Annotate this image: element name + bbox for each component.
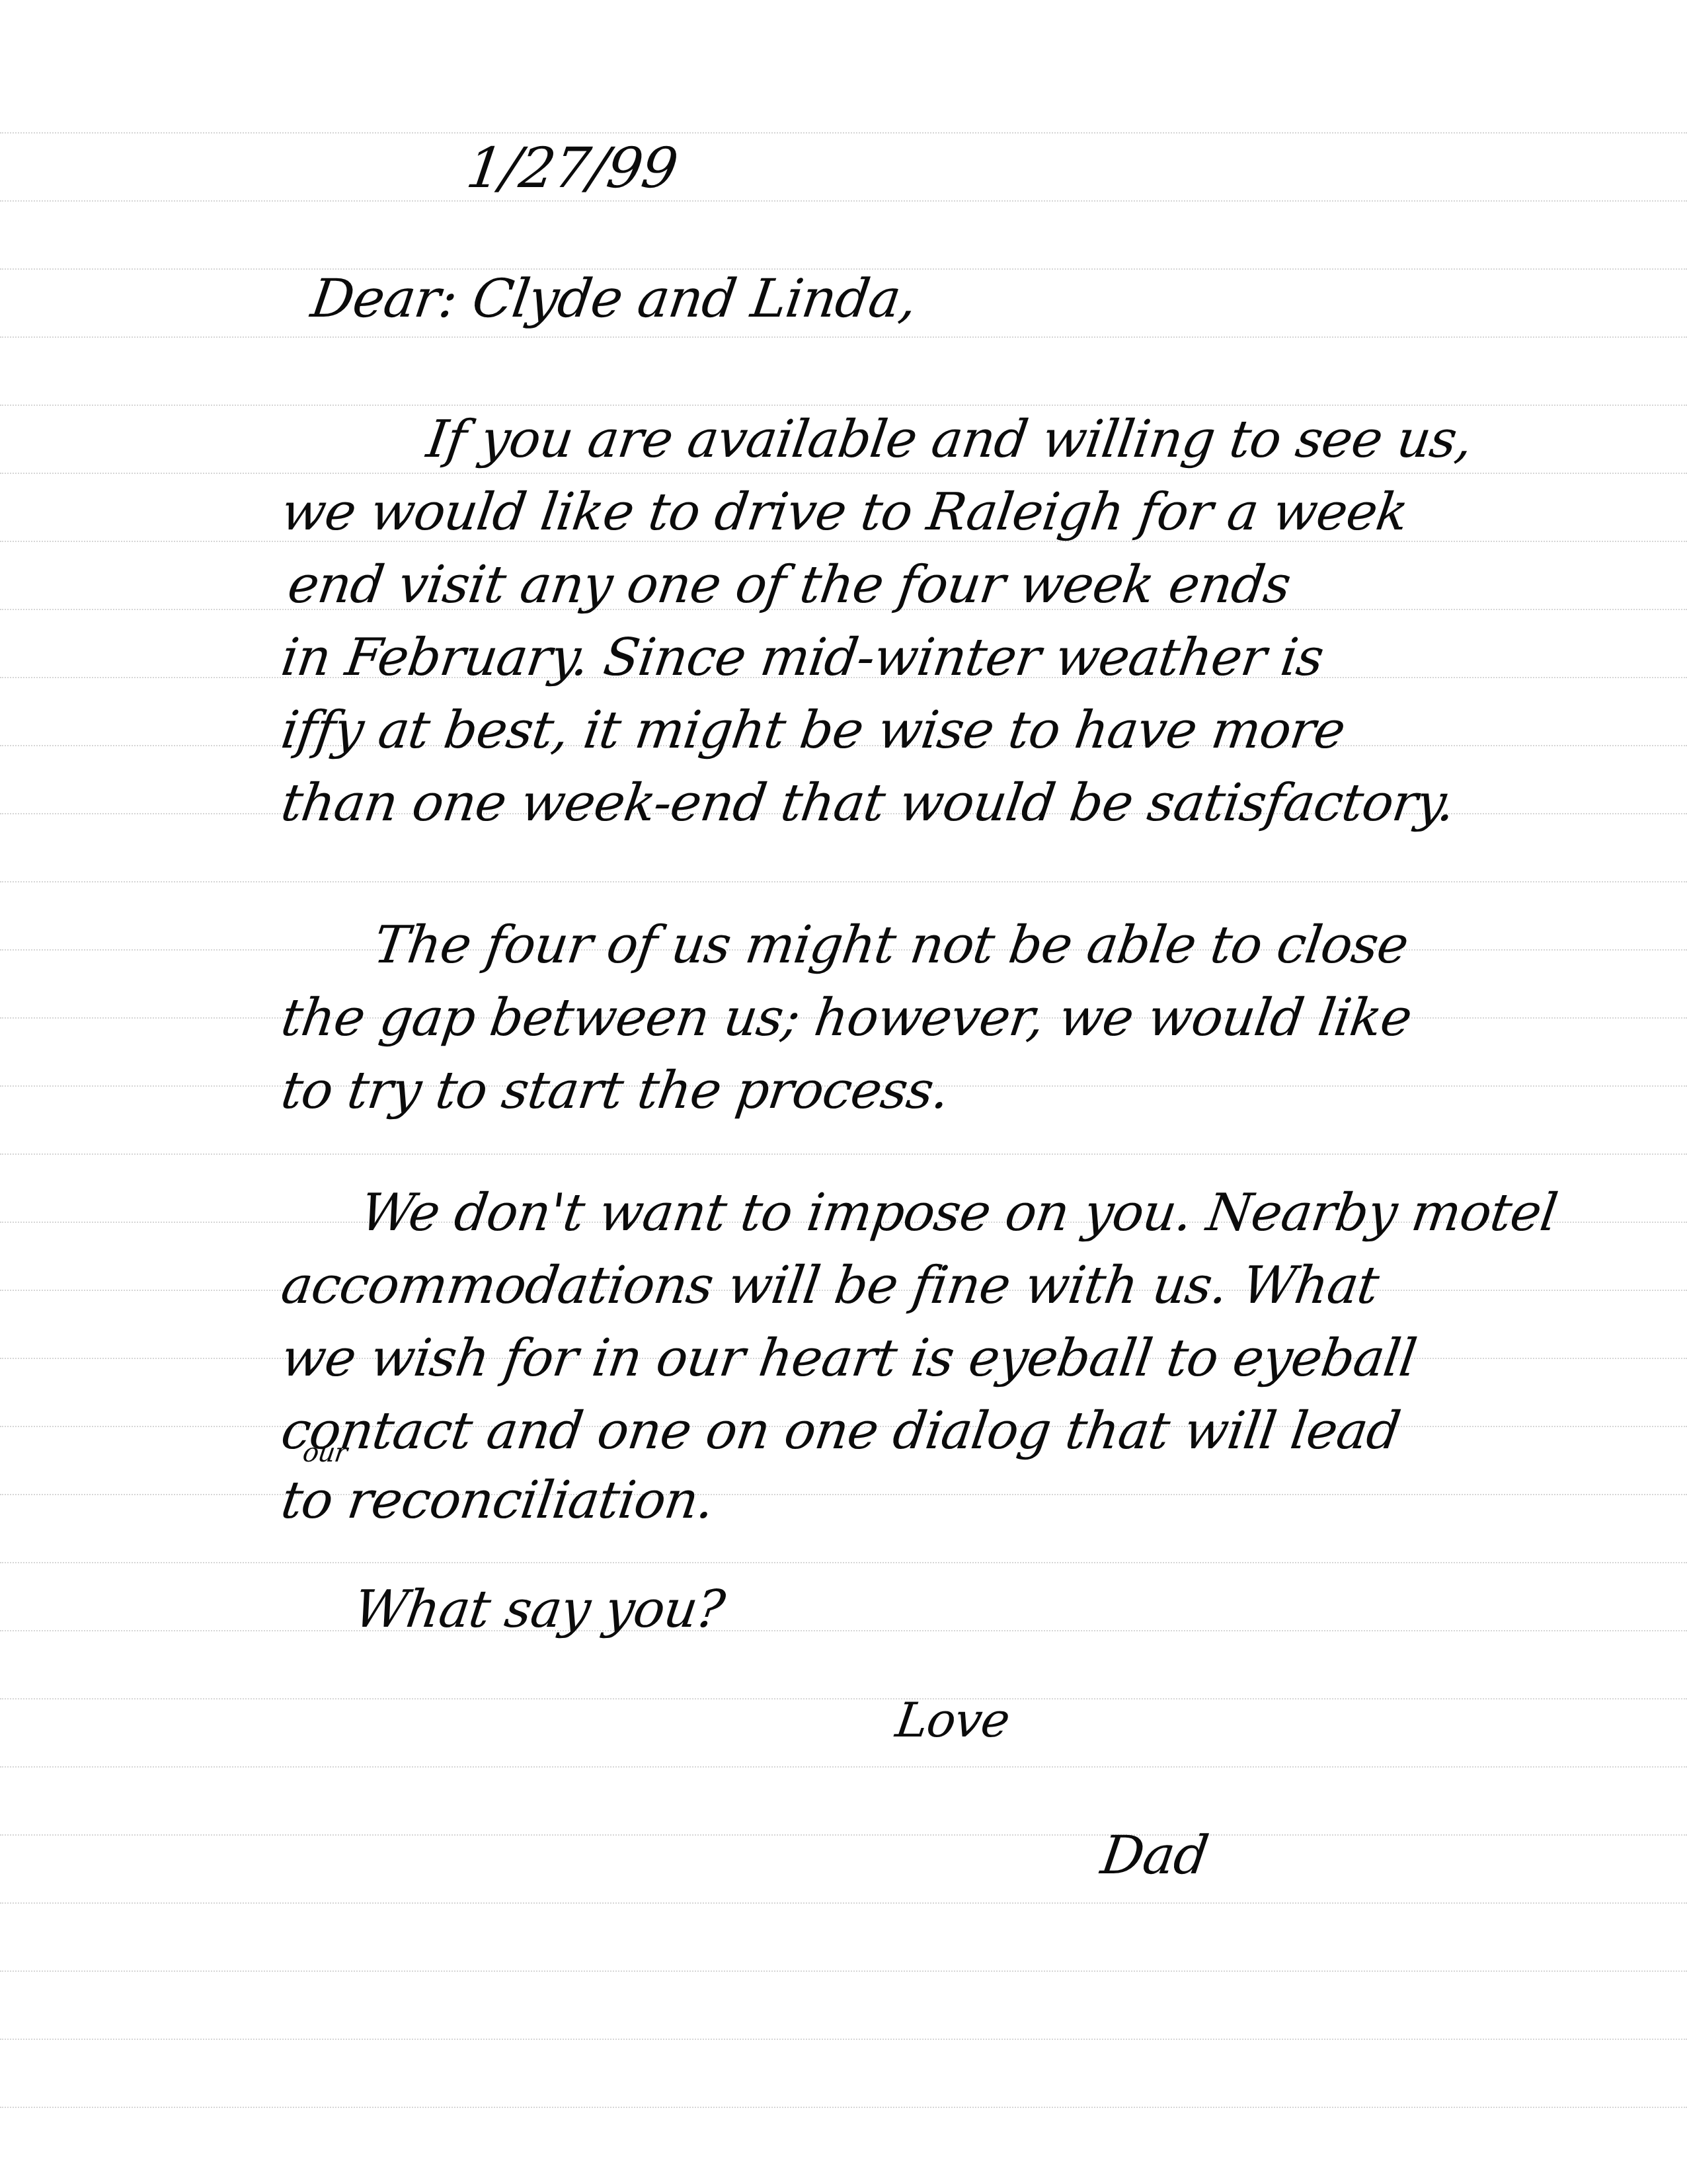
- ruled-line: [0, 2107, 1687, 2108]
- ruled-line: [0, 132, 1687, 134]
- letter-closing: Love: [892, 1692, 1013, 1748]
- body-line: we wish for in our heart is eyeball to e…: [278, 1329, 1420, 1388]
- body-line: to try to start the process.: [278, 1061, 953, 1120]
- ruled-line: [0, 1834, 1687, 1836]
- body-line: The four of us might not be able to clos…: [370, 916, 1411, 975]
- ruled-line: [0, 1902, 1687, 1904]
- ruled-line: [0, 1562, 1687, 1563]
- body-line: iffy at best, it might be wise to have m…: [278, 701, 1349, 760]
- body-line: accommodations will be fine with us. Wha…: [278, 1256, 1382, 1315]
- ruled-line: [0, 200, 1687, 202]
- ruled-line: [0, 2039, 1687, 2040]
- body-line: end visit any one of the four week ends: [284, 555, 1294, 615]
- letter-page: 1/27/99 Dear: Clyde and Linda, If you ar…: [0, 0, 1687, 2184]
- body-line: in February. Since mid-winter weather is: [278, 628, 1327, 687]
- body-line: than one week-end that would be satisfac…: [278, 773, 1458, 833]
- ruled-line: [0, 473, 1687, 474]
- body-line: to reconciliation.: [278, 1471, 717, 1530]
- ruled-line: [0, 1766, 1687, 1768]
- body-line: What say you?: [350, 1580, 728, 1639]
- insertion-note: our: [301, 1438, 348, 1468]
- body-line: the gap between us; however, we would li…: [278, 988, 1415, 1048]
- ruled-line: [0, 405, 1687, 406]
- ruled-line: [0, 1153, 1687, 1155]
- ruled-line: [0, 881, 1687, 882]
- body-line: we would like to drive to Raleigh for a …: [278, 483, 1411, 542]
- ruled-line: [0, 1630, 1687, 1631]
- body-line: If you are available and willing to see …: [423, 410, 1475, 469]
- letter-greeting: Dear: Clyde and Linda,: [307, 268, 920, 329]
- ruled-line: [0, 1970, 1687, 1972]
- ruled-line: [0, 336, 1687, 338]
- body-line: contact and one on one dialog that will …: [278, 1401, 1403, 1461]
- letter-signature: Dad: [1097, 1824, 1212, 1886]
- body-line: We don't want to impose on you. Nearby m…: [357, 1183, 1561, 1243]
- ruled-line: [0, 1698, 1687, 1699]
- ruled-line: [0, 1494, 1687, 1495]
- letter-date: 1/27/99: [463, 136, 682, 200]
